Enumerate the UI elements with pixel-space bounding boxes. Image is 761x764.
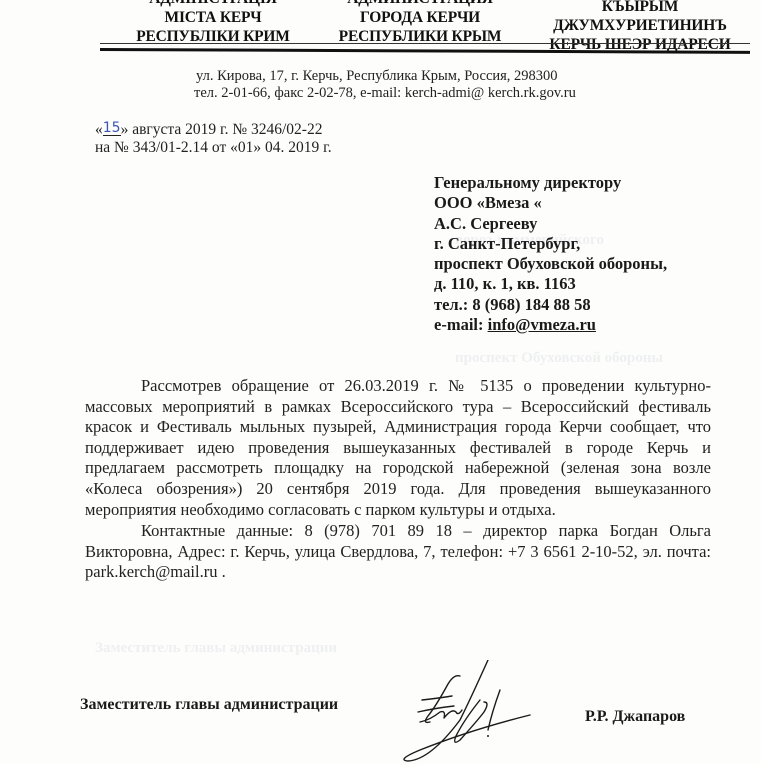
- letterhead-line: ГОРОДА КЕРЧИ: [320, 8, 520, 27]
- recipient-street: проспект Обуховской обороны,: [434, 254, 667, 274]
- recipient-company: ООО «Вмеза «: [434, 193, 667, 213]
- letter-page: вороз-киммерийского проспект Обуховской …: [0, 0, 761, 764]
- letterhead-line: КЪЫРЫМ: [530, 0, 750, 16]
- recipient-phone: тел.: 8 (968) 184 88 58: [434, 295, 667, 315]
- letterhead-line: ДЖУМХУРИЕТИНИНЪ: [530, 16, 750, 35]
- recipient-name: А.С. Сергееву: [434, 214, 667, 234]
- contact-line: тел. 2-01-66, факс 2-02-78, e-mail: kerc…: [194, 85, 576, 102]
- letterhead-ukrainian: АДМІНІСТРАЦІЯ МІСТА КЕРЧ РЕСПУБЛІКИ КРИМ: [113, 0, 313, 46]
- sender-address: ул. Кирова, 17, г. Керчь, Республика Кры…: [196, 68, 576, 102]
- recipient-building: д. 110, к. 1, кв. 1163: [434, 274, 667, 294]
- letterhead-line: МІСТА КЕРЧ: [113, 8, 313, 27]
- letterhead-divider-thin: [100, 43, 750, 44]
- letterhead-line: АДМИНИСТРАЦИЯ: [320, 0, 520, 8]
- body-paragraph: Рассмотрев обращение от 26.03.2019 г. № …: [85, 376, 711, 520]
- address-line: ул. Кирова, 17, г. Керчь, Республика Кры…: [196, 68, 576, 85]
- reference-date-line: «15» августа 2019 г. № 3246/02-22: [95, 121, 332, 139]
- recipient-email-link[interactable]: info@vmeza.ru: [488, 315, 596, 334]
- bleed-through-text: проспект Обуховской обороны: [455, 350, 663, 367]
- letter-body: Рассмотрев обращение от 26.03.2019 г. № …: [85, 376, 711, 583]
- recipient-position: Генеральному директору: [434, 173, 667, 193]
- handwritten-signature-icon: [400, 660, 600, 764]
- letterhead-crimean-tatar: КЪЫРЫМ ДЖУМХУРИЕТИНИНЪ КЕРЧЬ ШЕЭР ИДАРЕС…: [530, 0, 750, 54]
- reference-reply-line: на № 343/01-2.14 от «01» 04. 2019 г.: [95, 139, 332, 157]
- signatory-title: Заместитель главы администрации: [80, 696, 338, 714]
- signatory-name: Р.Р. Джапаров: [585, 708, 685, 726]
- letterhead-russian: АДМИНИСТРАЦИЯ ГОРОДА КЕРЧИ РЕСПУБЛИКИ КР…: [320, 0, 520, 46]
- handwritten-day: 15: [103, 121, 121, 136]
- recipient-city: г. Санкт-Петербург,: [434, 234, 667, 254]
- letterhead-line: АДМІНІСТРАЦІЯ: [113, 0, 313, 8]
- recipient-email-line: e-mail: info@vmeza.ru: [434, 315, 667, 335]
- recipient-block: Генеральному директору ООО «Вмеза « А.С.…: [434, 173, 667, 335]
- contacts-paragraph: Контактные данные: 8 (978) 701 89 18 – д…: [85, 521, 711, 583]
- outgoing-reference: «15» августа 2019 г. № 3246/02-22 на № 3…: [95, 121, 332, 157]
- bleed-through-text: Заместитель главы администрации: [95, 640, 337, 657]
